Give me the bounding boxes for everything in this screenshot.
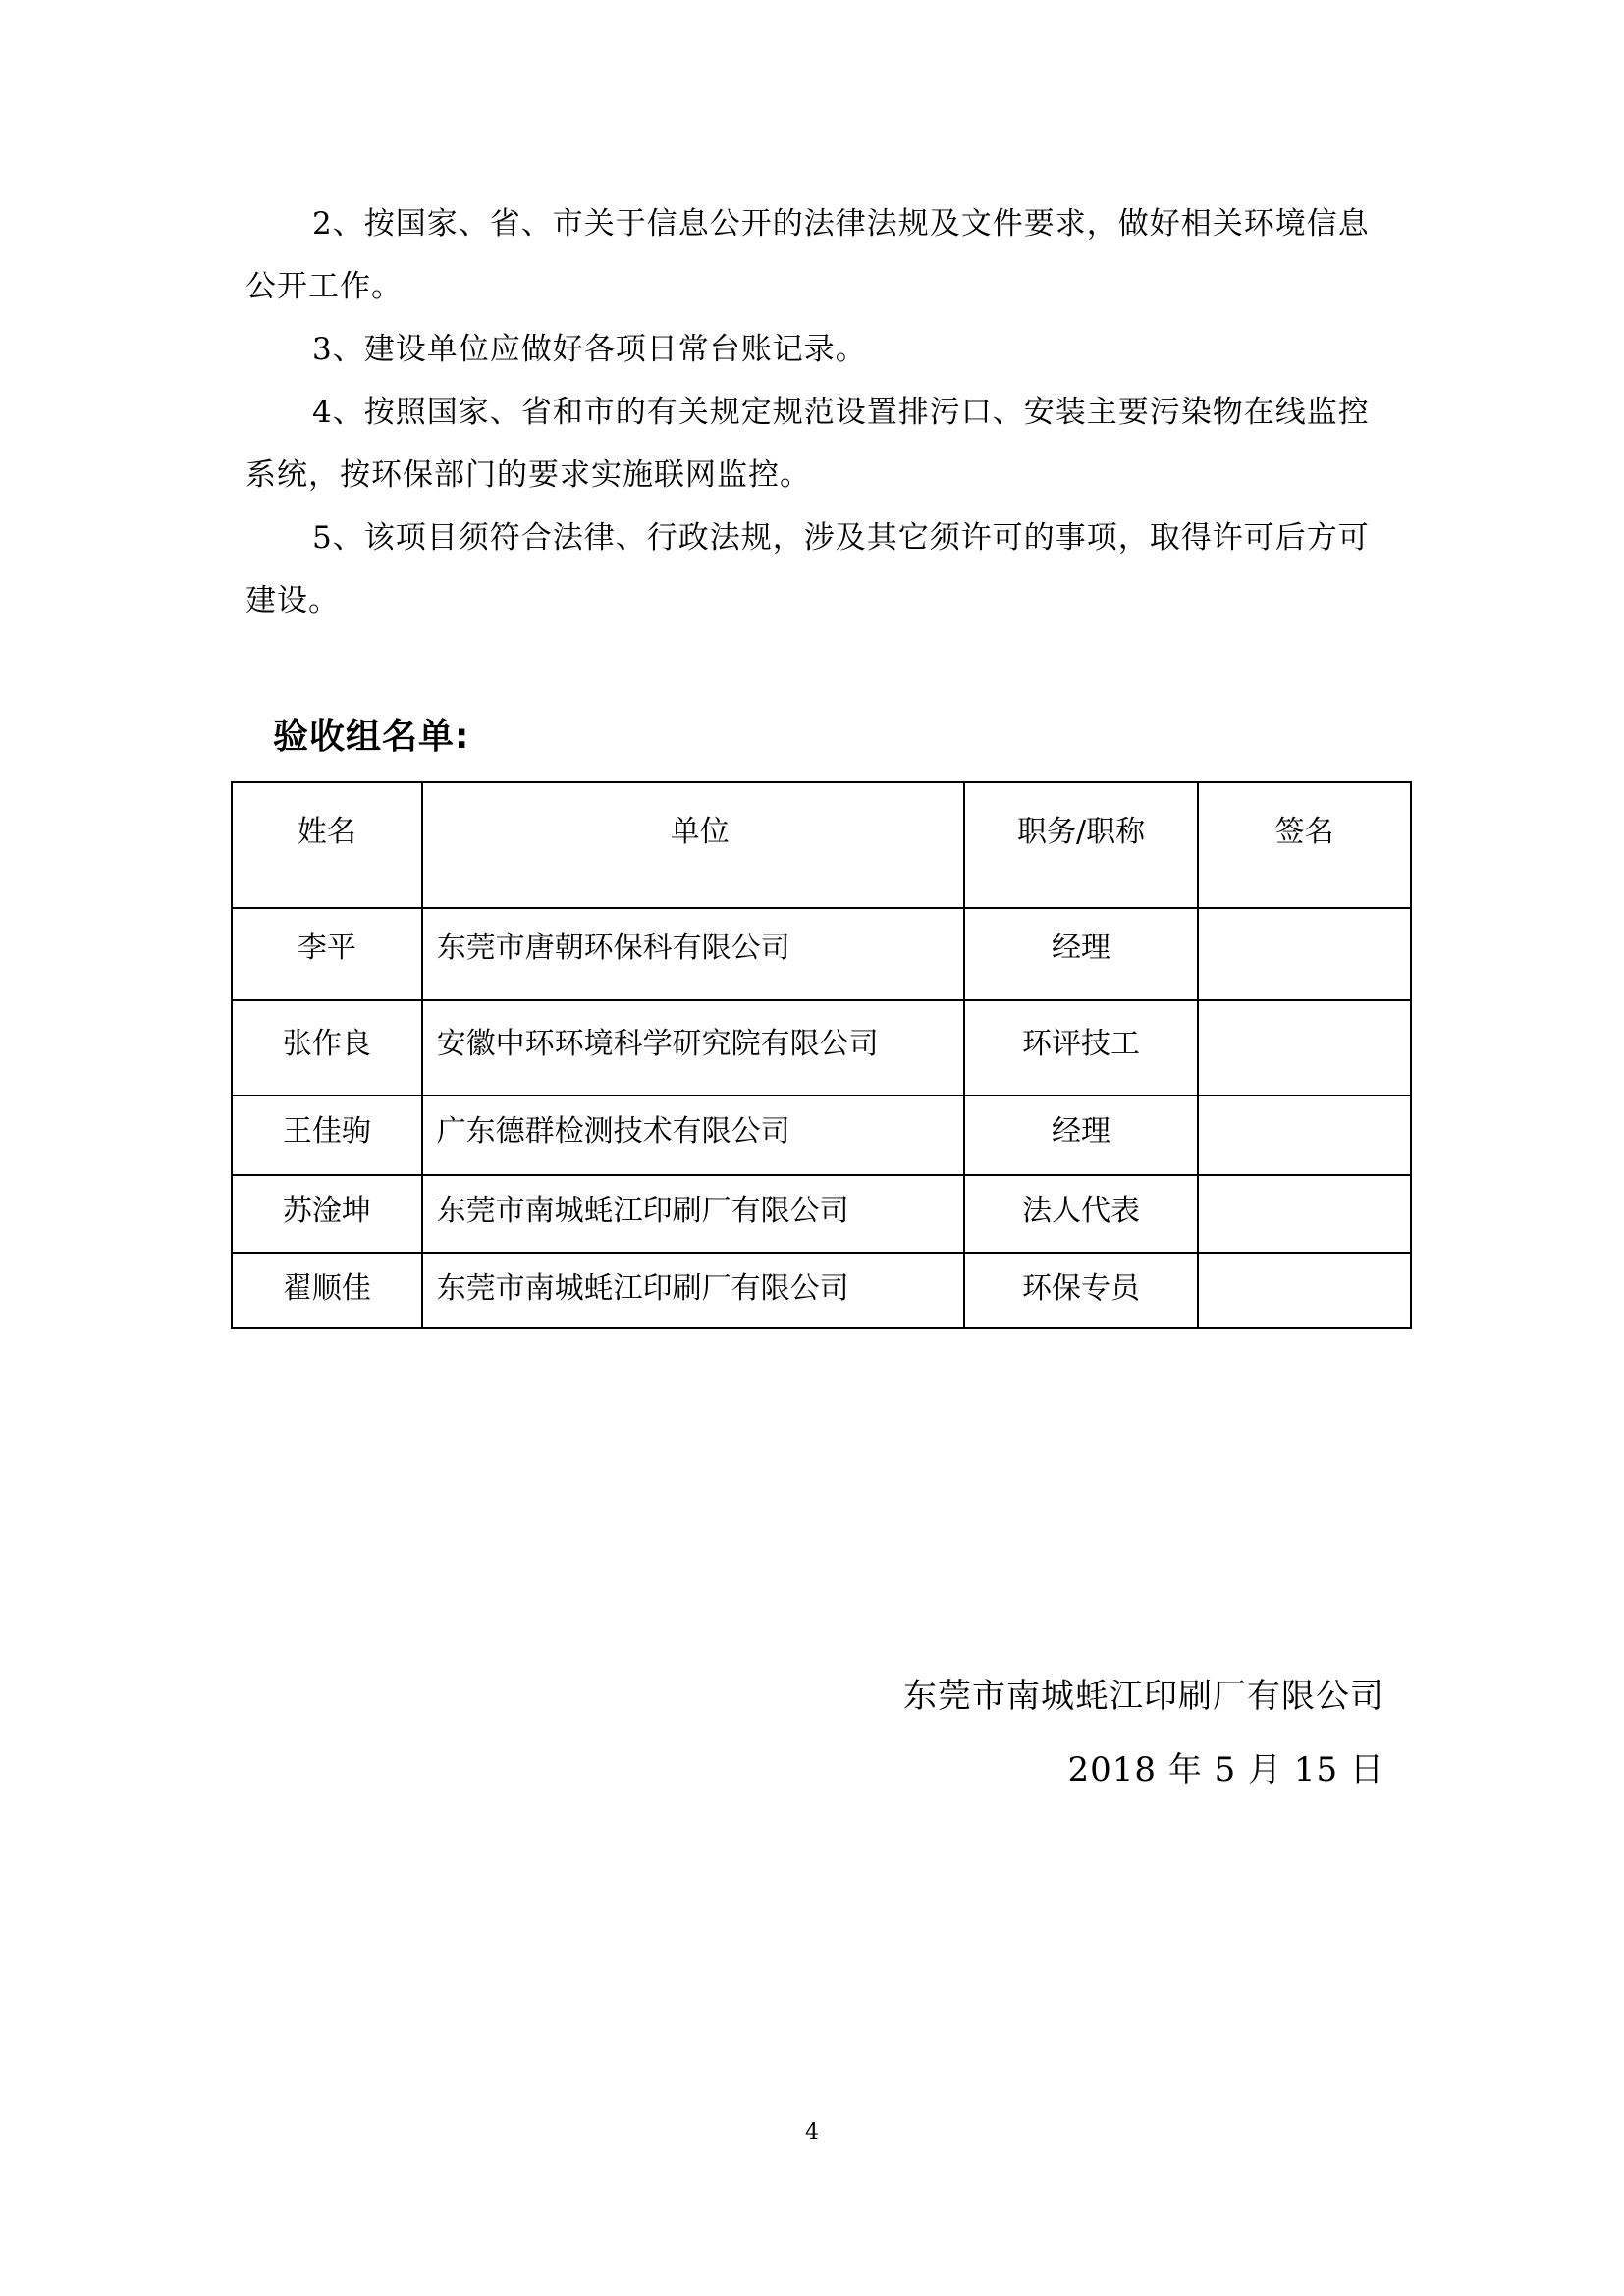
member-organization: 东莞市唐朝环保科有限公司	[422, 908, 964, 1000]
member-signature-cell	[1198, 1253, 1411, 1328]
signature-date: 2018 年 5 月 15 日	[1068, 1742, 1384, 1790]
roster-heading: 验收组名单:	[273, 709, 469, 759]
member-name: 张作良	[232, 1000, 422, 1095]
member-signature-cell	[1198, 1095, 1411, 1175]
member-title: 环评技工	[964, 1000, 1199, 1095]
table-row: 李平 东莞市唐朝环保科有限公司 经理	[232, 908, 1411, 1000]
member-organization: 广东德群检测技术有限公司	[422, 1095, 964, 1175]
table-header-row: 姓名 单位 职务/职称 签名	[232, 782, 1411, 908]
column-header-signature: 签名	[1198, 782, 1411, 908]
condition-item-4: 4、按照国家、省和市的有关规定规范设置排污口、安装主要污染物在线监控系统，按环保…	[245, 381, 1384, 507]
column-header-organization: 单位	[422, 782, 964, 908]
member-organization: 东莞市南城蚝江印刷厂有限公司	[422, 1253, 964, 1328]
member-name: 翟顺佳	[232, 1253, 422, 1328]
condition-item-2: 2、按国家、省、市关于信息公开的法律法规及文件要求，做好相关环境信息公开工作。	[245, 192, 1384, 318]
member-title: 经理	[964, 908, 1199, 1000]
member-name: 王佳驹	[232, 1095, 422, 1175]
table-row: 翟顺佳 东莞市南城蚝江印刷厂有限公司 环保专员	[232, 1253, 1411, 1328]
member-name: 李平	[232, 908, 422, 1000]
signature-company: 东莞市南城蚝江印刷厂有限公司	[903, 1669, 1384, 1717]
table-row: 苏淦坤 东莞市南城蚝江印刷厂有限公司 法人代表	[232, 1175, 1411, 1253]
condition-item-5: 5、该项目须符合法律、行政法规，涉及其它须许可的事项，取得许可后方可建设。	[245, 507, 1384, 632]
page-number: 4	[0, 2120, 1624, 2145]
table-row: 王佳驹 广东德群检测技术有限公司 经理	[232, 1095, 1411, 1175]
table-row: 张作良 安徽中环环境科学研究院有限公司 环评技工	[232, 1000, 1411, 1095]
member-title: 经理	[964, 1095, 1199, 1175]
member-title: 法人代表	[964, 1175, 1199, 1253]
member-title: 环保专员	[964, 1253, 1199, 1328]
acceptance-team-table: 姓名 单位 职务/职称 签名 李平 东莞市唐朝环保科有限公司 经理 张作良 安徽…	[231, 781, 1412, 1329]
column-header-name: 姓名	[232, 782, 422, 908]
condition-item-3: 3、建设单位应做好各项日常台账记录。	[245, 318, 1384, 381]
member-organization: 安徽中环环境科学研究院有限公司	[422, 1000, 964, 1095]
member-signature-cell	[1198, 1175, 1411, 1253]
member-name: 苏淦坤	[232, 1175, 422, 1253]
column-header-title: 职务/职称	[964, 782, 1199, 908]
member-organization: 东莞市南城蚝江印刷厂有限公司	[422, 1175, 964, 1253]
member-signature-cell	[1198, 908, 1411, 1000]
member-signature-cell	[1198, 1000, 1411, 1095]
